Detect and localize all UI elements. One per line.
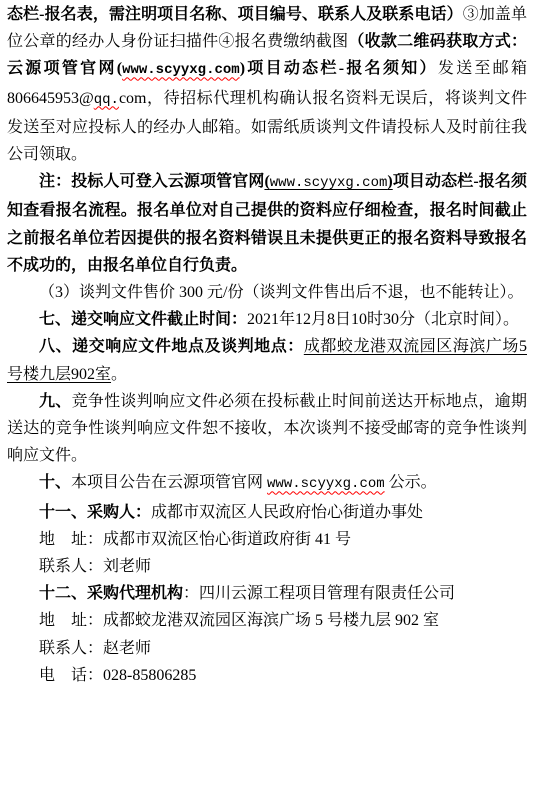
paragraph-10: 联系人：刘老师: [7, 553, 527, 580]
paragraph-7: 十、本项目公告在云源项管官网 www.scyyxg.com 公示。: [7, 469, 527, 498]
paragraph-3: （3）谈判文件售价 300 元/份（谈判文件售出后不退，也不能转让）。: [7, 279, 527, 306]
paragraph-6: 九、竞争性谈判响应文件必须在投标截止时间前送达开标地点，逾期送达的竞争性谈判响应…: [7, 388, 527, 470]
text-run: 十二、采购代理机构: [39, 585, 183, 602]
text-run: 本项目公告在云源项管官网: [71, 474, 267, 491]
text-run: 。: [111, 366, 127, 383]
paragraph-2: 注：投标人可登入云源项管官网(www.scyyxg.com)项目动态栏-报名须知…: [7, 168, 527, 279]
paragraph-9: 地 址：成都市双流区怡心街道政府街 41 号: [7, 526, 527, 553]
paragraph-5: 八、递交响应文件地点及谈判地点：成都蛟龙港双流园区海滨广场5号楼九层902室。: [7, 333, 527, 387]
document-page: 态栏-报名表，需注明项目名称、项目编号、联系人及联系电话）③加盖单位公章的经办人…: [0, 0, 534, 807]
url-text: www.scyyxg.com: [267, 476, 385, 492]
url-text: qq.: [94, 92, 119, 108]
text-run: 地 址：成都蛟龙港双流园区海滨广场 5 号楼九层 902 室: [39, 612, 439, 629]
text-run: 十、: [39, 474, 71, 491]
text-run: 十一、采购人：: [39, 504, 151, 521]
paragraph-1: 态栏-报名表，需注明项目名称、项目编号、联系人及联系电话）③加盖单位公章的经办人…: [7, 1, 527, 168]
paragraph-13: 联系人：赵老师: [7, 635, 527, 662]
text-run: 八、递交响应文件地点及谈判地点：: [39, 338, 304, 355]
text-run: 电 话：028-85806285: [39, 667, 196, 684]
text-run: 地 址：成都市双流区怡心街道政府街 41 号: [39, 531, 351, 548]
paragraph-8: 十一、采购人：成都市双流区人民政府怡心街道办事处: [7, 499, 527, 526]
url-text: www.scyyxg.com: [270, 175, 388, 191]
text-run: )项目动态栏-报名须知）: [240, 60, 438, 77]
text-run: 态栏-报名表，需注明项目名称、项目编号、联系人及联系电话）: [7, 6, 463, 23]
text-run: 竞争性谈判响应文件必须在投标截止时间前送达开标地点，逾期送达的竞争性谈判响应文件…: [7, 393, 527, 464]
paragraph-14: 电 话：028-85806285: [7, 662, 527, 689]
url-text: www.scyyxg.com: [122, 62, 240, 78]
paragraph-12: 地 址：成都蛟龙港双流园区海滨广场 5 号楼九层 902 室: [7, 607, 527, 634]
text-run: 成都市双流区人民政府怡心街道办事处: [151, 504, 423, 521]
text-run: 公示。: [385, 474, 437, 491]
text-run: ：四川云源工程项目管理有限责任公司: [183, 585, 455, 602]
text-run: 联系人：赵老师: [39, 640, 151, 657]
text-run: 九、: [39, 393, 72, 410]
text-run: 2021年12月8日10时30分（北京时间）。: [247, 311, 519, 328]
paragraph-11: 十二、采购代理机构：四川云源工程项目管理有限责任公司: [7, 580, 527, 607]
text-run: 联系人：刘老师: [39, 558, 151, 575]
paragraph-4: 七、递交响应文件截止时间：2021年12月8日10时30分（北京时间）。: [7, 306, 527, 333]
text-run: 注：投标人可登入云源项管官网: [39, 173, 264, 190]
document-body: 态栏-报名表，需注明项目名称、项目编号、联系人及联系电话）③加盖单位公章的经办人…: [7, 1, 527, 689]
text-run: 七、递交响应文件截止时间：: [39, 311, 247, 328]
text-run: （3）谈判文件售价 300 元/份（谈判文件售出后不退，也不能转让）。: [39, 284, 523, 301]
